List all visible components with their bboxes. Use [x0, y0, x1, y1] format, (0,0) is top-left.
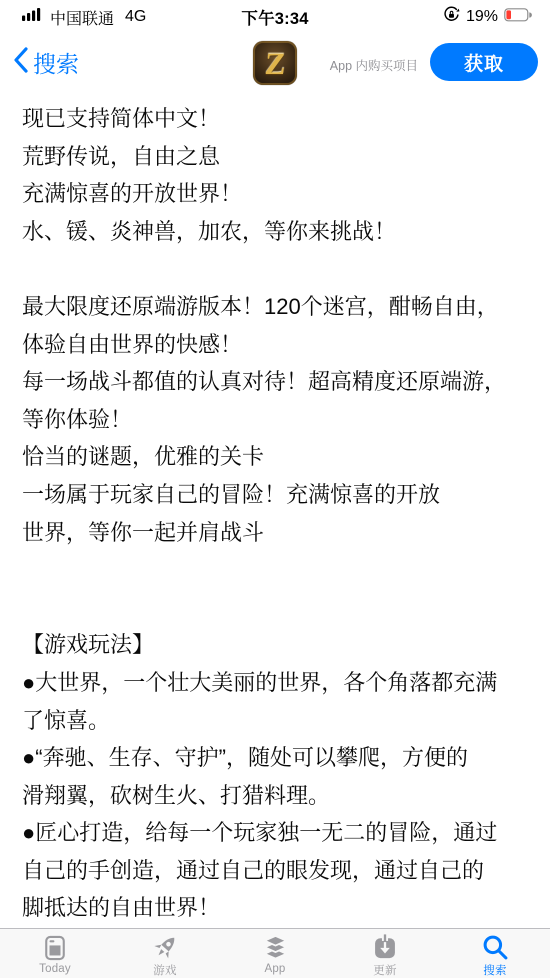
tab-bar: Today游戏App更新搜索 — [0, 928, 550, 978]
search-icon — [481, 932, 510, 962]
updates-icon — [371, 932, 399, 962]
tab-today[interactable]: Today — [0, 929, 110, 978]
description-line: ●大世界，一个壮大美丽的世界，各个角落都充满 — [22, 664, 542, 702]
description-line: 【游戏玩法】 — [22, 626, 542, 664]
apps-stack-icon — [261, 932, 290, 963]
app-store-product-page: 中国联通 4G 下午3:34 19% — [0, 0, 550, 978]
tab-app[interactable]: App — [220, 929, 330, 978]
iap-label: App 内购买项目 — [330, 56, 418, 74]
clock: 下午3:34 — [241, 5, 308, 29]
description-line: 了惊喜。 — [22, 702, 542, 740]
description-line: 水、锾、炎神兽，加农，等你来挑战！ — [22, 213, 542, 251]
today-icon — [41, 932, 69, 963]
description-gap — [22, 551, 542, 589]
description-gap — [22, 589, 542, 627]
games-rocket-icon — [151, 932, 180, 962]
signal-strength-icon — [22, 8, 43, 26]
description-line: 脚抵达的自由世界！ — [22, 889, 542, 927]
network-type-label: 4G — [125, 8, 146, 26]
description-line: 滑翔翼，砍树生火、打猎料理。 — [22, 777, 542, 815]
description-line: 荒野传说，自由之息 — [22, 138, 542, 176]
get-button[interactable]: 获取 — [430, 43, 538, 81]
description-line: 等你体验！ — [22, 401, 542, 439]
description-line: ●“奔驰、生存、守护”，随处可以攀爬，方便的 — [22, 739, 542, 777]
status-bar: 中国联通 4G 下午3:34 19% — [0, 0, 550, 34]
back-chevron-icon — [14, 47, 28, 79]
app-description: 现已支持简体中文！荒野传说，自由之息充满惊喜的开放世界！水、锾、炎神兽，加农，等… — [22, 100, 542, 927]
tab-label: Today — [39, 963, 71, 975]
app-icon: Z — [253, 41, 297, 85]
back-button-label: 搜索 — [33, 46, 79, 79]
description-line: 世界，等你一起并肩战斗 — [22, 514, 542, 552]
tab-updates[interactable]: 更新 — [330, 929, 440, 978]
tab-label: 游戏 — [153, 962, 176, 978]
carrier-label: 中国联通 — [50, 6, 114, 29]
back-button[interactable]: 搜索 — [14, 46, 79, 79]
description-line: 恰当的谜题，优雅的关卡 — [22, 438, 542, 476]
description-line: ●匠心打造，给每一个玩家独一无二的冒险，通过 — [22, 814, 542, 852]
description-gap — [22, 250, 542, 288]
battery-percent-label: 19% — [466, 8, 498, 26]
tab-search[interactable]: 搜索 — [440, 929, 550, 978]
nav-bar: 搜索 Z App 内购买项目 获取 — [0, 34, 550, 100]
description-line: 最大限度还原端游版本！120个迷宫，酣畅自由， — [22, 288, 542, 326]
description-line: 自己的手创造，通过自己的眼发现，通过自己的 — [22, 852, 542, 890]
description-line: 充满惊喜的开放世界！ — [22, 175, 542, 213]
description-line: 一场属于玩家自己的冒险！充满惊喜的开放 — [22, 476, 542, 514]
tab-label: 更新 — [373, 962, 396, 978]
battery-icon — [504, 8, 532, 27]
description-line: 现已支持简体中文！ — [22, 100, 542, 138]
description-line: 每一场战斗都值的认真对待！超高精度还原端游， — [22, 363, 542, 401]
tab-label: 搜索 — [483, 962, 506, 978]
tab-games[interactable]: 游戏 — [110, 929, 220, 978]
tab-label: App — [264, 963, 285, 975]
app-icon-letter: Z — [264, 48, 287, 79]
rotation-lock-icon — [443, 6, 460, 28]
description-line: 体验自由世界的快感！ — [22, 326, 542, 364]
